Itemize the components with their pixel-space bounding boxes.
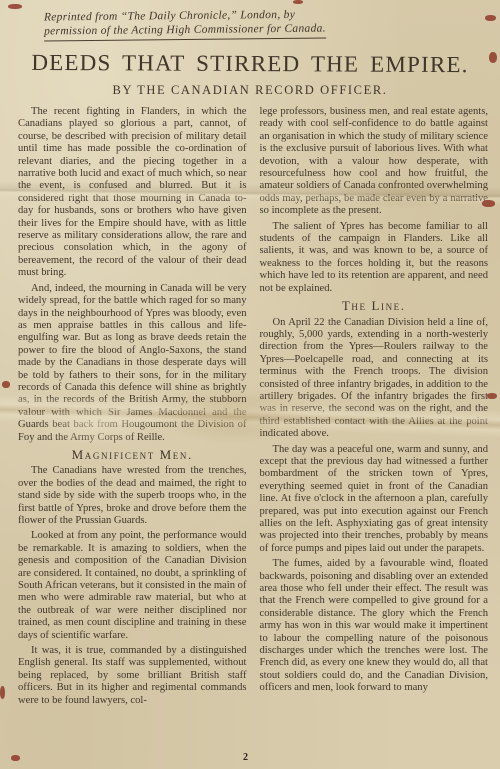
- column-right: lege professors, business men, and real …: [260, 106, 489, 710]
- article-body: The recent fighting in Flanders, in whic…: [0, 98, 500, 710]
- paragraph: The fumes, aided by a favourable wind, f…: [260, 558, 489, 694]
- page-title: DEEDS THAT STIRRED THE EMPIRE.: [0, 50, 500, 79]
- edge-tear-mark: [485, 15, 496, 21]
- document-page: Reprinted from “The Daily Chronicle,” Lo…: [0, 0, 500, 769]
- paragraph: On April 22 the Canadian Division held a…: [260, 317, 489, 441]
- column-left: The recent fighting in Flanders, in whic…: [18, 106, 247, 710]
- section-heading-the-line: The Line.: [260, 300, 489, 312]
- page-number: 2: [243, 752, 248, 763]
- paragraph: The Canadians have wrested from the tren…: [18, 465, 247, 527]
- paragraph: lege professors, business men, and real …: [260, 106, 489, 218]
- paragraph: And, indeed, the mourning in Canada will…: [18, 283, 247, 444]
- paragraph: The salient of Ypres has become familiar…: [260, 221, 489, 295]
- section-heading-magnificent-men: Magnificent Men.: [18, 449, 247, 461]
- paragraph: The recent fighting in Flanders, in whic…: [18, 106, 247, 280]
- edge-tear-mark: [11, 755, 20, 761]
- edge-tear-mark: [8, 4, 22, 9]
- edge-tear-mark: [293, 0, 303, 4]
- header-note-line2: permission of the Acting High Commission…: [44, 22, 326, 38]
- byline: BY THE CANADIAN RECORD OFFICER.: [0, 83, 500, 98]
- paragraph: Looked at from any point, the performanc…: [18, 530, 247, 642]
- paragraph: The day was a peaceful one, warm and sun…: [260, 444, 489, 556]
- header-note: Reprinted from “The Daily Chronicle,” Lo…: [44, 9, 326, 42]
- paragraph: It was, it is true, commanded by a disti…: [18, 645, 247, 707]
